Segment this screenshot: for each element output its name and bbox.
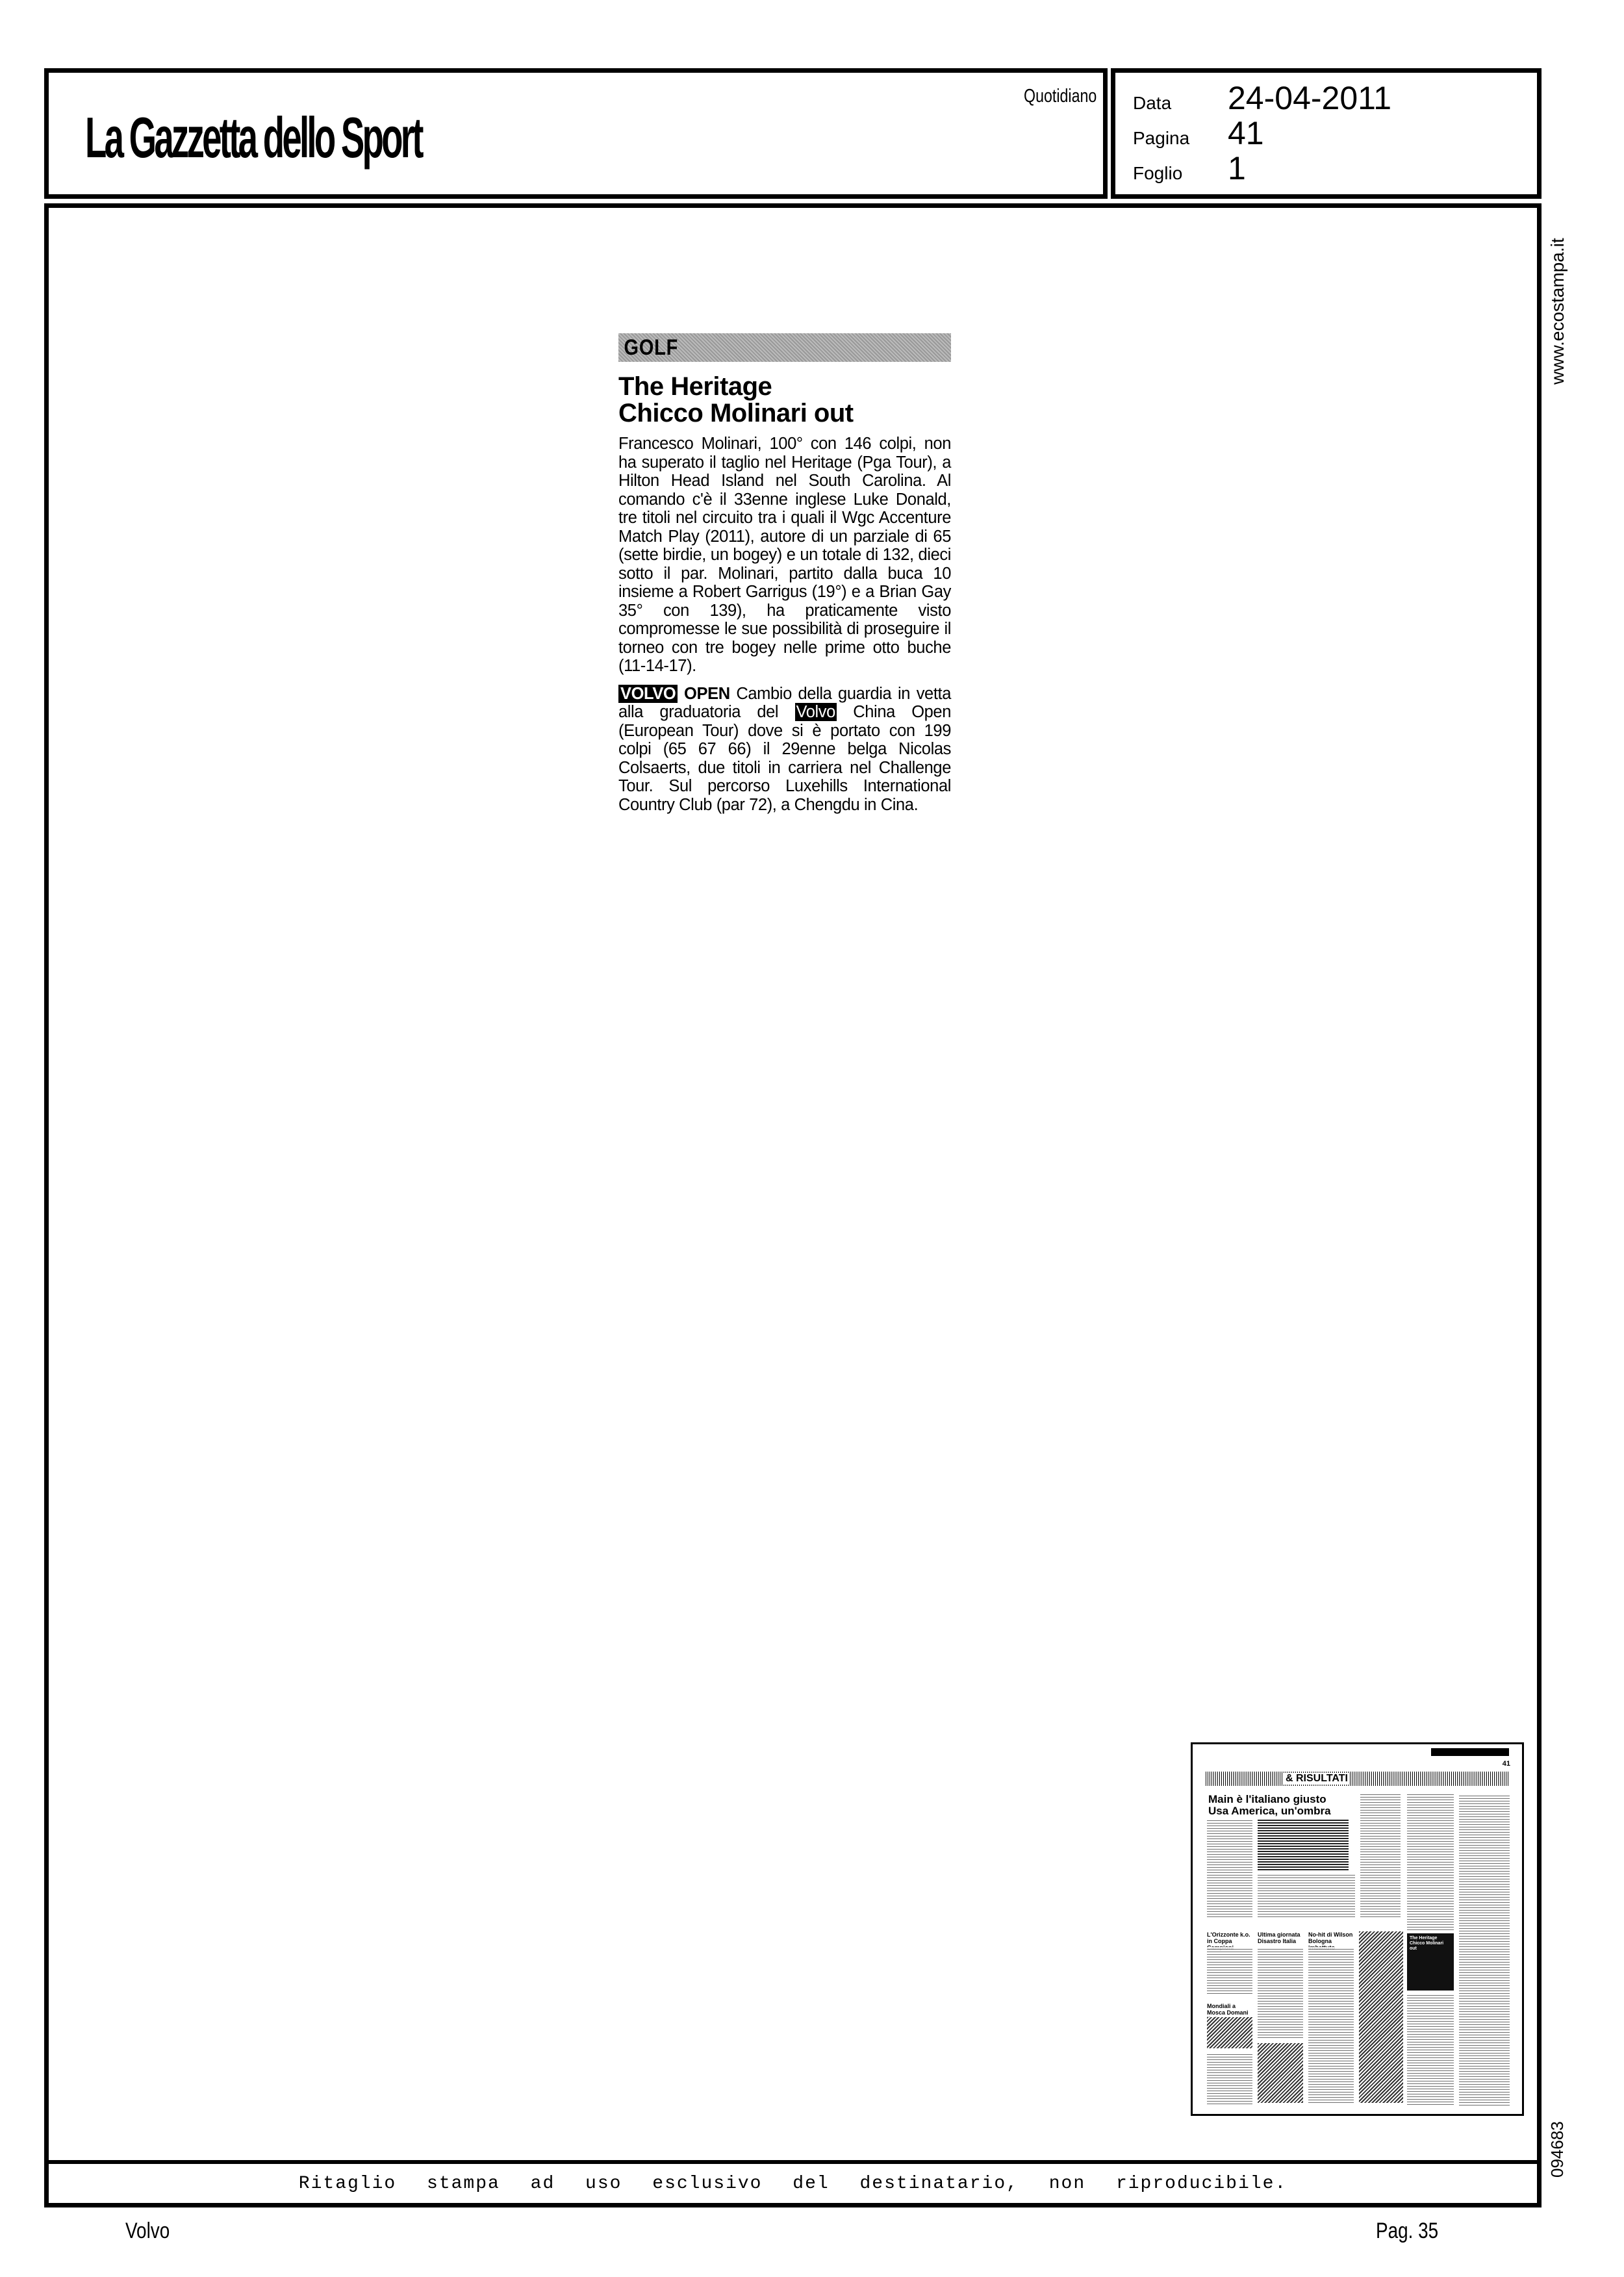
thumbnail-column — [1258, 1947, 1303, 2038]
meta-date-row: Data 24-04-2011 — [1133, 82, 1391, 114]
thumbnail-highlighted-title: The Heritage Chicco Molinari out — [1407, 1933, 1454, 1954]
volvo-tag: VOLVO — [618, 685, 678, 703]
clipping-code: 094683 — [1547, 2121, 1567, 2178]
publication-type: Quotidiano — [1024, 86, 1097, 107]
newspaper-logo: La Gazzetta dello Sport — [85, 109, 422, 166]
thumbnail-headline-2: Usa America, un'ombra — [1208, 1805, 1331, 1817]
headline-line-1: The Heritage — [618, 374, 951, 400]
thumbnail-column — [1308, 1947, 1354, 2103]
meta-sheet-row: Foglio 1 — [1133, 152, 1246, 184]
thumbnail-column — [1360, 1794, 1401, 1917]
masthead-box: La Gazzetta dello Sport Quotidiano — [44, 68, 1108, 199]
volvo-highlight: Volvo — [795, 703, 837, 721]
thumbnail-column — [1459, 1794, 1510, 2105]
page-value: 41 — [1228, 117, 1264, 149]
thumbnail-page-number: 41 — [1503, 1760, 1510, 1768]
thumbnail-section-label: & RISULTATI — [1284, 1773, 1350, 1785]
article-headline: The Heritage Chicco Molinari out — [618, 374, 951, 427]
thumbnail-column — [1407, 1994, 1454, 2105]
thumbnail-headline: Main è l'italiano giusto Usa America, un… — [1208, 1794, 1331, 1817]
footer-keyword: Volvo — [125, 2219, 170, 2244]
thumbnail-subhead: Ultima giornata Disastro Italia — [1258, 1931, 1303, 1944]
page-label: Pagina — [1133, 128, 1228, 149]
paragraph-1: Francesco Molinari, 100° con 146 colpi, … — [618, 435, 951, 676]
date-label: Data — [1133, 93, 1228, 114]
thumbnail-photo — [1258, 1820, 1349, 1870]
sheet-value: 1 — [1228, 152, 1246, 184]
frame-footer: Ritaglio stampa ad uso esclusivo del des… — [49, 2160, 1537, 2203]
thumbnail-column — [1407, 1794, 1454, 1930]
thumbnail-column — [1258, 1874, 1355, 1917]
date-value: 24-04-2011 — [1228, 82, 1391, 114]
thumbnail-column — [1207, 1820, 1252, 1917]
section-bar: GOLF — [618, 333, 951, 362]
thumbnail-column — [1207, 1947, 1252, 1994]
open-tag: OPEN — [684, 685, 730, 703]
page-thumbnail: 41 & RISULTATI Main è l'italiano giusto … — [1191, 1742, 1524, 2116]
paragraph-2: VOLVO OPEN Cambio della guardia in vetta… — [618, 685, 951, 815]
usage-notice: Ritaglio stampa ad uso esclusivo del des… — [299, 2174, 1287, 2194]
meta-box: Data 24-04-2011 Pagina 41 Foglio 1 — [1111, 68, 1542, 199]
section-label: GOLF — [618, 335, 678, 361]
website-label: www.ecostampa.it — [1547, 238, 1568, 385]
thumbnail-image — [1258, 2043, 1303, 2103]
thumbnail-image — [1207, 2017, 1252, 2048]
article-clipping: GOLF The Heritage Chicco Molinari out Fr… — [618, 333, 951, 814]
footer-page-number: Pag. 35 — [1376, 2219, 1438, 2244]
thumbnail-highlighted-article: The Heritage Chicco Molinari out — [1407, 1933, 1454, 1991]
thumbnail-header-bar — [1431, 1748, 1509, 1756]
meta-page-row: Pagina 41 — [1133, 117, 1264, 149]
thumbnail-headline-1: Main è l'italiano giusto — [1208, 1794, 1331, 1805]
thumbnail-section-band: & RISULTATI — [1206, 1772, 1509, 1786]
headline-line-2: Chicco Molinari out — [618, 400, 951, 427]
thumbnail-image — [1359, 1931, 1403, 2103]
sheet-label: Foglio — [1133, 163, 1228, 184]
thumbnail-column — [1207, 2052, 1252, 2104]
article-body: Francesco Molinari, 100° con 146 colpi, … — [618, 435, 951, 814]
